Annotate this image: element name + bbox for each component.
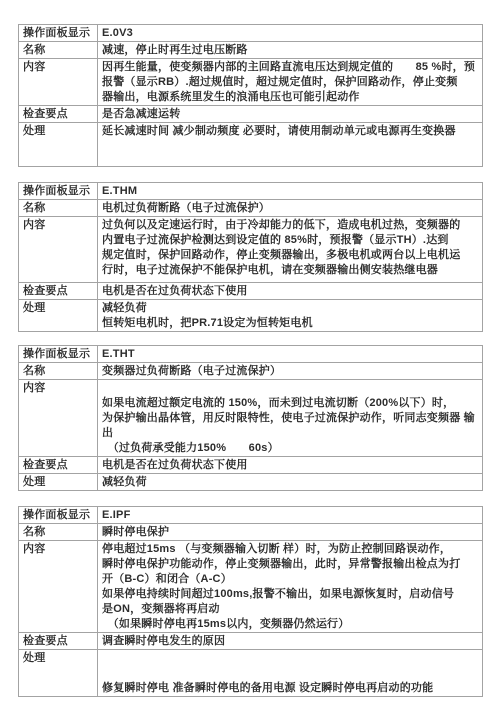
table-row: 内容 因再生能量，使变频器内部的主回路直流电压达到规定值的 85 %时，预 报警… (19, 59, 483, 106)
table-row: 操作面板显示 E.0V3 (19, 25, 483, 42)
row-label: 处理 (19, 300, 98, 332)
row-value: 减轻负荷 恒转矩电机时，把PR.71设定为恒转矩电机 (98, 300, 483, 332)
row-label: 检查要点 (19, 633, 98, 650)
row-value: 因再生能量，使变频器内部的主回路直流电压达到规定值的 85 %时，预 报警（显示… (98, 59, 483, 106)
row-label: 处理 (19, 474, 98, 491)
table-row: 操作面板显示 E.THM (19, 183, 483, 200)
row-value: 减轻负荷 (98, 474, 483, 491)
row-value: E.THM (98, 183, 483, 200)
row-value: 瞬时停电保护 (98, 524, 483, 541)
row-value: 变频器过负荷断路（电子过流保护） (98, 363, 483, 380)
row-label: 内容 (19, 59, 98, 106)
table-row: 处理 延长减速时间 减少制动频度 必要时，请使用制动单元或电源再生变换器 (19, 123, 483, 167)
table-row: 内容 停电超过15ms （与变频器输入切断 样）时，为防止控制回路误动作， 瞬时… (19, 541, 483, 633)
row-value: 过负何以及定速运行时，由于冷却能力的低下，造成电机过热，变频器的 内置电子过流保… (98, 217, 483, 283)
table-row: 操作面板显示 E.IPF (19, 507, 483, 524)
row-value: E.0V3 (98, 25, 483, 42)
row-label: 检查要点 (19, 283, 98, 300)
row-label: 操作面板显示 (19, 25, 98, 42)
table-row: 检查要点 电机是否在过负荷状态下使用 (19, 457, 483, 474)
table-row: 名称 瞬时停电保护 (19, 524, 483, 541)
row-value: E.IPF (98, 507, 483, 524)
table-row: 名称 电机过负荷断路（电子过流保护） (19, 200, 483, 217)
document-page: 操作面板显示 E.0V3 名称 减速，停止时再生过电压断路 内容 因再生能量，使… (0, 0, 500, 708)
row-value: 减速，停止时再生过电压断路 (98, 42, 483, 59)
row-value: 停电超过15ms （与变频器输入切断 样）时，为防止控制回路误动作， 瞬时停电保… (98, 541, 483, 633)
row-value: 调查瞬时停电发生的原因 (98, 633, 483, 650)
row-label: 检查要点 (19, 457, 98, 474)
table-row: 检查要点 电机是否在过负荷状态下使用 (19, 283, 483, 300)
table-row: 名称 减速，停止时再生过电压断路 (19, 42, 483, 59)
row-label: 名称 (19, 524, 98, 541)
row-value: E.THT (98, 346, 483, 363)
table-row: 内容 过负何以及定速运行时，由于冷却能力的低下，造成电机过热，变频器的 内置电子… (19, 217, 483, 283)
row-value: 延长减速时间 减少制动频度 必要时，请使用制动单元或电源再生变换器 (98, 123, 483, 167)
row-label: 处理 (19, 123, 98, 167)
row-value: 如果电流超过额定电流的 150%，而未到过电流切断（200%以下）时， 为保护输… (98, 380, 483, 457)
row-label: 内容 (19, 380, 98, 457)
fault-table-e0v3: 操作面板显示 E.0V3 名称 减速，停止时再生过电压断路 内容 因再生能量，使… (18, 24, 483, 167)
table-row: 处理 减轻负荷 (19, 474, 483, 491)
row-value: 电机是否在过负荷状态下使用 (98, 457, 483, 474)
row-label: 名称 (19, 42, 98, 59)
table-row: 检查要点 调查瞬时停电发生的原因 (19, 633, 483, 650)
row-label: 内容 (19, 541, 98, 633)
table-row: 内容 如果电流超过额定电流的 150%，而未到过电流切断（200%以下）时， 为… (19, 380, 483, 457)
table-row: 操作面板显示 E.THT (19, 346, 483, 363)
fault-table-ethm: 操作面板显示 E.THM 名称 电机过负荷断路（电子过流保护） 内容 过负何以及… (18, 182, 483, 332)
table-row: 名称 变频器过负荷断路（电子过流保护） (19, 363, 483, 380)
fault-table-eipf: 操作面板显示 E.IPF 名称 瞬时停电保护 内容 停电超过15ms （与变频器… (18, 506, 483, 697)
row-label: 内容 (19, 217, 98, 283)
row-label: 操作面板显示 (19, 507, 98, 524)
row-label: 名称 (19, 363, 98, 380)
row-value: 是否急减速运转 (98, 106, 483, 123)
table-row: 处理 修复瞬时停电 准备瞬时停电的备用电源 设定瞬时停电再启动的功能 (19, 650, 483, 697)
row-label: 名称 (19, 200, 98, 217)
row-label: 操作面板显示 (19, 346, 98, 363)
row-value: 电机是否在过负荷状态下使用 (98, 283, 483, 300)
row-label: 检查要点 (19, 106, 98, 123)
row-label: 操作面板显示 (19, 183, 98, 200)
row-label: 处理 (19, 650, 98, 697)
row-value: 修复瞬时停电 准备瞬时停电的备用电源 设定瞬时停电再启动的功能 (98, 650, 483, 697)
fault-table-etht: 操作面板显示 E.THT 名称 变频器过负荷断路（电子过流保护） 内容 如果电流… (18, 345, 483, 491)
row-value: 电机过负荷断路（电子过流保护） (98, 200, 483, 217)
table-row: 处理 减轻负荷 恒转矩电机时，把PR.71设定为恒转矩电机 (19, 300, 483, 332)
table-row: 检查要点 是否急减速运转 (19, 106, 483, 123)
